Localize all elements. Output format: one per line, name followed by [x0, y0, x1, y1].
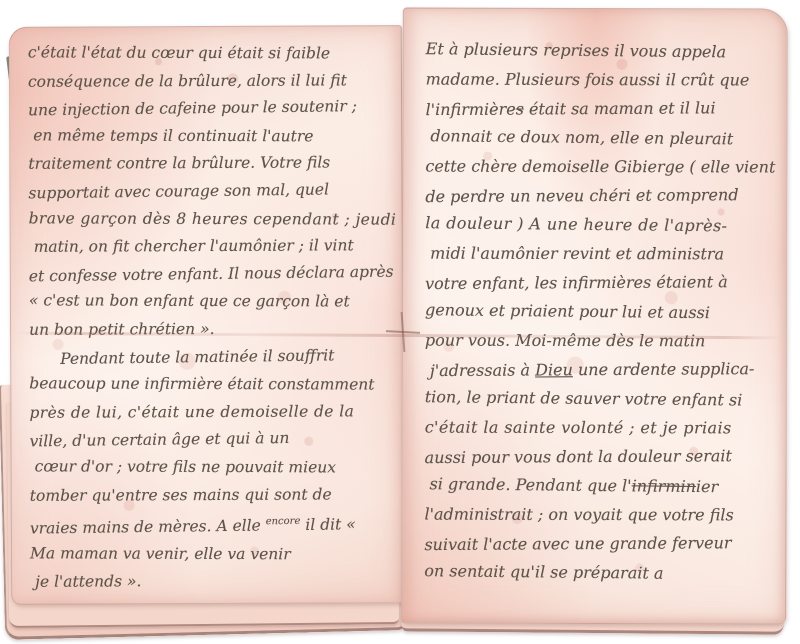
- text-segment: tomber qu'entre ses mains qui sont de: [30, 485, 332, 504]
- handwritten-line: et confesse votre enfant. Il nous déclar…: [29, 258, 396, 290]
- struck-word: infirmin: [632, 476, 697, 496]
- underlined-word: Dieu: [535, 360, 573, 379]
- text-segment: donnait ce doux nom, elle en pleurait: [430, 126, 733, 148]
- text-segment: de perdre un neveu chéri et comprend: [425, 185, 738, 206]
- text-segment: ville, d'un certain âge et qui à un: [29, 429, 289, 450]
- text-segment: « c'est un bon enfant que ce garçon là e…: [29, 292, 350, 311]
- text-segment: en même temps il continuait l'autre: [33, 126, 313, 145]
- text-segment: vraies mains de mères. A elle: [30, 517, 266, 538]
- text-segment: aussi pour vous dont la douleur serait: [425, 446, 732, 467]
- text-segment: l'administrait ; on voyait que votre fil…: [424, 505, 733, 525]
- handwritten-line: une injection de cafeine pour le souteni…: [28, 93, 395, 125]
- handwritten-line: pour vous. Moi-même dès le matin: [425, 326, 778, 356]
- text-segment: votre enfant, les infirmières étaient à: [425, 272, 728, 293]
- handwritten-line: en même temps il continuait l'autre: [33, 122, 395, 151]
- handwritten-line: Pendant toute la matinée il souffrit: [34, 341, 396, 373]
- handwritten-line: l'infirmières était sa maman et il lui: [425, 93, 778, 124]
- handwritten-line: midi l'aumônier revint et administra: [430, 239, 778, 269]
- text-segment: c'était la sainte volonté ; et je priais: [425, 418, 732, 438]
- handwritten-line: « c'est un bon enfant que ce garçon là e…: [29, 288, 396, 317]
- text-segment: suivait l'acte avec une grande ferveur: [424, 533, 731, 554]
- handwritten-line: de perdre un neveu chéri et comprend: [425, 180, 778, 211]
- text-segment: une injection de cafeine pour le souteni…: [28, 97, 357, 119]
- page-right-text: Et à plusieurs reprises il vous appelama…: [402, 8, 787, 623]
- text-segment: on sentait qu'il se préparait a: [424, 561, 663, 583]
- handwritten-line: genoux et priaient pour lui et aussi: [425, 295, 778, 328]
- handwritten-line: Ma maman va venir, elle va venir: [30, 540, 397, 569]
- handwritten-line: madame. Plusieurs fois aussi il crût que: [426, 65, 779, 95]
- text-segment: cœur d'or ; votre fils ne pouvait mieux: [35, 457, 336, 476]
- handwritten-line: aussi pour vous dont la douleur serait: [425, 441, 778, 472]
- letter-page-right: Et à plusieurs reprises il vous appelama…: [401, 7, 788, 624]
- handwritten-line: votre enfant, les infirmières étaient à: [425, 267, 778, 298]
- text-segment: et confesse votre enfant. Il nous déclar…: [29, 262, 394, 285]
- text-segment: une ardente supplica-: [573, 359, 755, 379]
- handwritten-line: donnait ce doux nom, elle en pleurait: [430, 121, 778, 154]
- letter-page-left: c'était l'état du cœur qui était si faib…: [9, 25, 405, 605]
- handwritten-line: cette chère demoiselle Gibierge ( elle v…: [425, 152, 778, 182]
- text-segment: il dit «: [300, 515, 356, 534]
- text-segment: traitement contre la brûlure. Votre fils: [28, 154, 330, 173]
- text-segment: près de lui, c'était une demoiselle de l…: [29, 402, 354, 421]
- handwritten-line: ville, d'un certain âge et qui à un: [29, 424, 396, 456]
- handwritten-line: brave garçon dès 8 heures cependant ; je…: [29, 205, 396, 234]
- text-segment: cette chère demoiselle Gibierge ( elle v…: [425, 157, 775, 177]
- letter-scan: c'était l'état du cœur qui était si faib…: [0, 0, 800, 644]
- text-segment: Ma maman va venir, elle va venir: [30, 544, 291, 563]
- text-segment: genoux et priaient pour lui et aussi: [425, 300, 710, 322]
- handwritten-line: tomber qu'entre ses mains qui sont de: [30, 481, 397, 510]
- handwritten-line: la douleur ) A une heure de l'après-: [425, 208, 778, 241]
- text-segment: j'adressais à: [430, 360, 535, 380]
- text-segment: ier: [696, 477, 718, 496]
- text-segment: midi l'aumônier revint et administra: [430, 244, 724, 264]
- page-left-text: c'était l'état du cœur qui était si faib…: [10, 26, 404, 604]
- handwritten-line: si grande. Pendant que l'infirminier: [429, 469, 777, 502]
- handwritten-line: je l'attends ».: [35, 568, 397, 597]
- handwritten-line: c'était l'état du cœur qui était si faib…: [28, 39, 395, 68]
- handwritten-line: un bon petit chrétien ».: [29, 315, 396, 344]
- text-segment: supportait avec courage son mal, quel: [28, 180, 329, 202]
- text-segment: beaucoup une infirmière était constammen…: [29, 374, 374, 393]
- handwritten-line: conséquence de la brûlure, alors il lui …: [28, 67, 395, 96]
- text-segment: Pendant toute la matinée il souffrit: [60, 346, 334, 368]
- text-segment: si grande. Pendant que l': [429, 474, 631, 495]
- handwritten-line: supportait avec courage son mal, quel: [28, 176, 395, 208]
- handwritten-line: j'adressais à Dieu une ardente supplica-: [430, 354, 778, 385]
- handwritten-line: cœur d'or ; votre fils ne pouvait mieux: [35, 453, 397, 482]
- handwritten-line: traitement contre la brûlure. Votre fils: [28, 150, 395, 179]
- handwritten-line: près de lui, c'était une demoiselle de l…: [29, 398, 396, 427]
- text-segment: je l'attends ».: [35, 573, 141, 591]
- text-segment: tion, le priant de sauver votre enfant s…: [425, 387, 743, 409]
- text-segment: un bon petit chrétien ».: [29, 320, 214, 339]
- handwritten-line: beaucoup une infirmière était constammen…: [29, 370, 396, 399]
- handwritten-line: vraies mains de mères. A elle encore il …: [30, 507, 397, 544]
- text-segment: Et à plusieurs reprises il vous appela: [426, 39, 727, 61]
- text-segment: pour vous. Moi-même dès le matin: [425, 331, 705, 351]
- handwritten-line: c'était la sainte volonté ; et je priais: [425, 413, 778, 443]
- inserted-word: encore: [266, 516, 301, 527]
- handwritten-line: tion, le priant de sauver votre enfant s…: [425, 382, 778, 415]
- handwritten-line: l'administrait ; on voyait que votre fil…: [424, 500, 777, 530]
- text-segment: matin, on fit chercher l'aumônier ; il v…: [34, 237, 354, 256]
- text-segment: l'infirmière: [425, 100, 515, 120]
- text-segment: était sa maman et il lui: [524, 98, 716, 118]
- text-segment: brave garçon dès 8 heures cependant ; je…: [29, 209, 397, 228]
- handwritten-line: suivait l'acte avec une grande ferveur: [424, 528, 777, 559]
- text-segment: la douleur ) A une heure de l'après-: [425, 213, 727, 235]
- text-segment: conséquence de la brûlure, alors il lui …: [28, 71, 347, 90]
- text-segment: c'était l'état du cœur qui était si faib…: [28, 43, 330, 62]
- handwritten-line: Et à plusieurs reprises il vous appela: [426, 34, 779, 67]
- handwritten-line: matin, on fit chercher l'aumônier ; il v…: [34, 232, 396, 261]
- handwritten-line: on sentait qu'il se préparait a: [424, 556, 777, 589]
- text-segment: madame. Plusieurs fois aussi il crût que: [426, 70, 750, 90]
